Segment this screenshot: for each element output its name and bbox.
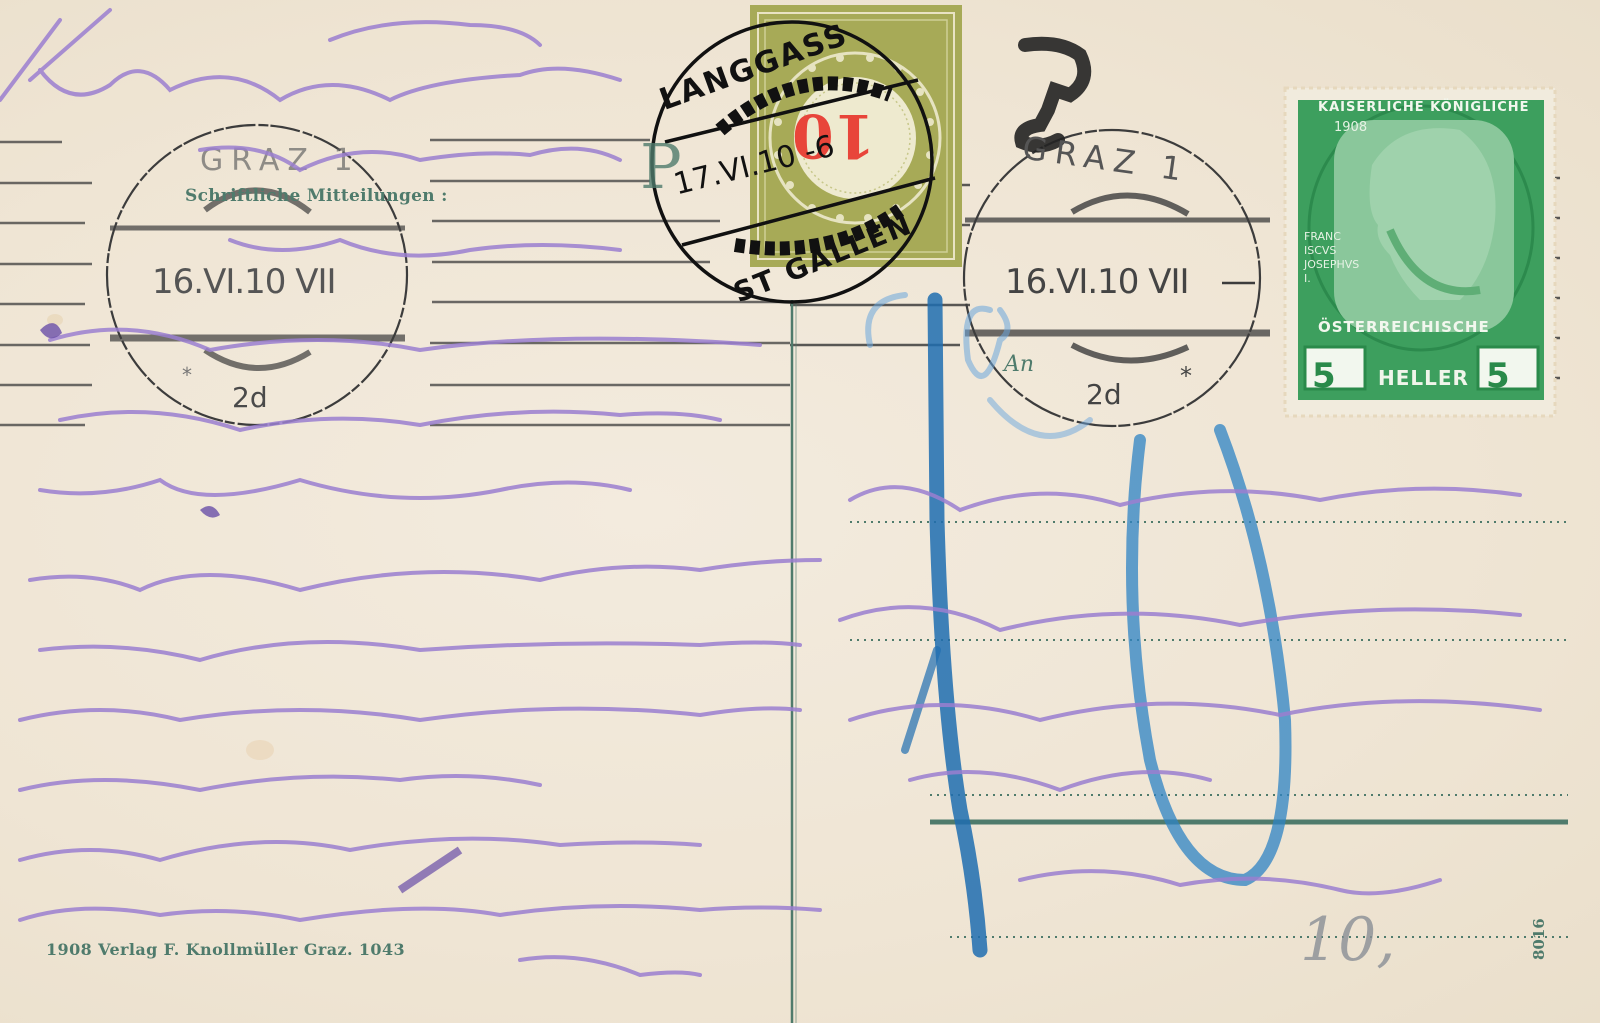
austria-stamp-year: 1908 [1334, 120, 1367, 135]
austria-stamp-value-right: 5 [1486, 356, 1510, 396]
austria-stamp-value-left: 5 [1312, 356, 1336, 396]
publisher-line: 1908 Verlag F. Knollmüller Graz. 1043 [46, 940, 405, 959]
austria-stamp-inscription-top: KAISERLICHE KÖNIGLICHE [1318, 100, 1530, 115]
handwriting-message [0, 10, 820, 975]
pencil-note: 10, [1300, 905, 1395, 975]
graz-right-date: 16.VI.10 VII [1005, 262, 1189, 302]
card-number: 8016 [1530, 918, 1548, 960]
graz-left-code: 2d [232, 381, 268, 414]
address-prefix: An [1004, 352, 1034, 377]
postcard: P GRAZ 1 * * [0, 0, 1600, 1023]
message-caption: Schriftliche Mitteilungen : [185, 186, 448, 206]
svg-text:*: * [182, 363, 192, 387]
austria-stamp-inscription-bottom: ÖSTERREICHISCHE [1318, 318, 1490, 336]
cancellation-lines-left [0, 142, 92, 425]
graz-right-code: 2d [1086, 378, 1122, 411]
austria-stamp-portrait-text: FRANC ISCVS JOSEPHVS I. [1304, 230, 1359, 286]
austria-stamp-currency: HELLER [1378, 366, 1469, 390]
svg-text:*: * [1180, 362, 1192, 390]
graz-left-date: 16.VI.10 VII [152, 262, 336, 302]
